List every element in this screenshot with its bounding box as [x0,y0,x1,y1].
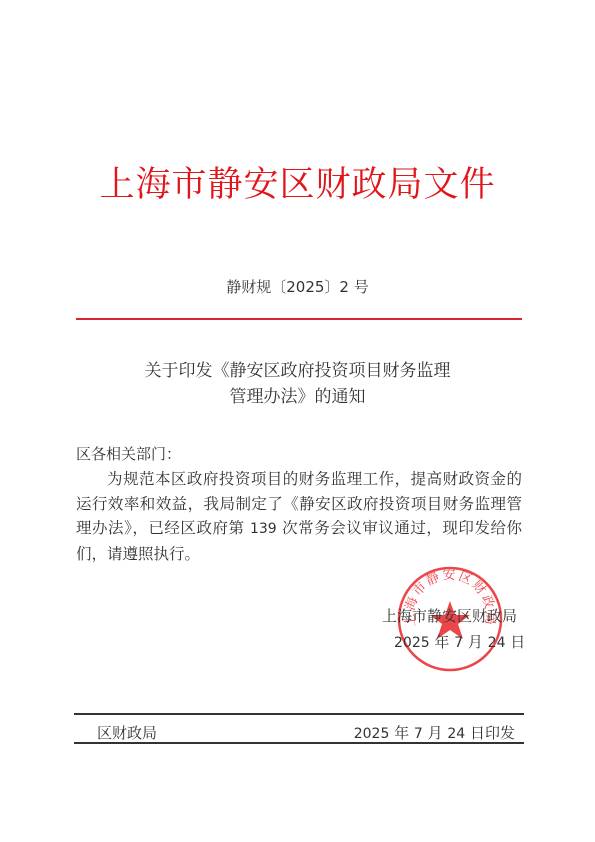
sign-month: 7 [454,635,463,651]
footer-year: 2025 [354,726,390,742]
salutation: 区各相关部门： [76,443,181,464]
footer-year-label: 年 [389,724,414,742]
footer-bottom-rule [74,742,524,744]
subject-line-1: 关于印发《静安区政府投资项目财务监理 [0,358,595,384]
footer-issuing-office: 区财政局 [97,722,157,743]
sign-day-label: 日 [505,633,525,651]
footer-month: 7 [414,726,423,742]
document-header-title: 上海市静安区财政局文件 [0,160,595,210]
footer-month-label: 月 [423,724,448,742]
document-subject: 关于印发《静安区政府投资项目财务监理 管理办法》的通知 [0,358,595,410]
sign-year: 2025 [394,635,430,651]
footer-day: 24 [447,726,465,742]
subject-line-2: 管理办法》的通知 [0,384,595,410]
body-paragraph: 为规范本区政府投资项目的财务监理工作，提高财政资金的运行效率和效益，我局制定了《… [76,467,522,566]
footer-print-date: 2025 年 7 月 24 日印发 [354,722,515,743]
sign-day: 24 [488,635,506,651]
meeting-number: 139 [250,521,277,537]
sign-month-label: 月 [463,633,488,651]
footer-top-rule [74,713,524,715]
signature-issuer: 上海市静安区财政局 [382,605,517,626]
document-number: 静财规〔2025〕2 号 [0,276,595,297]
footer-suffix: 日印发 [465,724,515,742]
sign-year-label: 年 [430,633,455,651]
red-divider-line [76,318,522,320]
signature-date: 2025 年 7 月 24 日 [394,631,525,652]
